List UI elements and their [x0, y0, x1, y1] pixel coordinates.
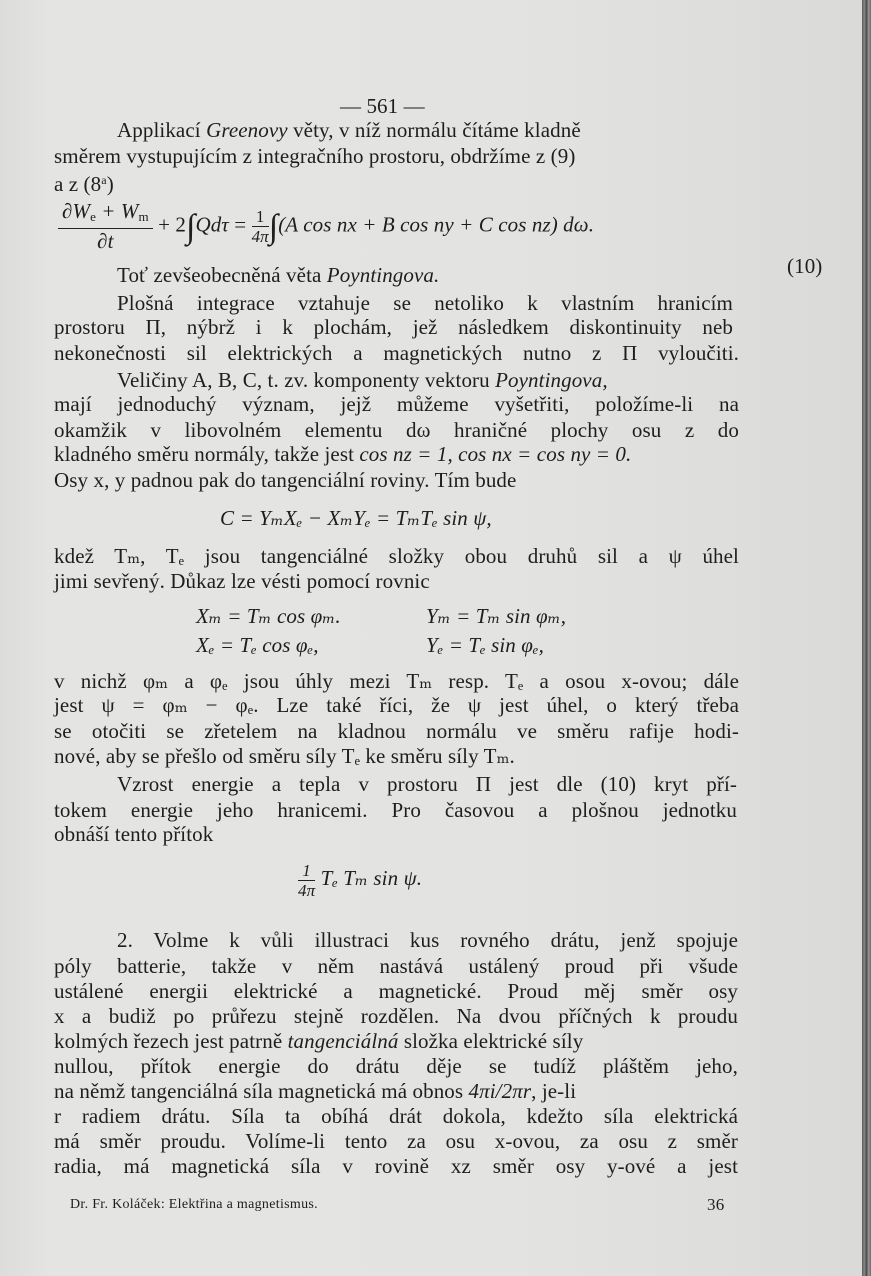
- paragraph-8-line-5: kolmých řezech jest patrně tangenciálná …: [54, 1028, 738, 1054]
- paragraph-3-line-1: Plošná integrace vztahuje se netoliko k …: [117, 290, 733, 316]
- paragraph-5-line-2: jimi sevřený. Důkaz lze vésti pomocí rov…: [54, 568, 430, 594]
- page-edge-shadow: [862, 0, 871, 1276]
- paragraph-4-line-1: Veličiny A, B, C, t. zv. komponenty vekt…: [117, 367, 608, 393]
- paragraph-6-line-4: nové, aby se přešlo od směru síly Tₑ ke …: [54, 743, 515, 769]
- paragraph-8-line-7: na němž tangenciálná síla magnetická má …: [54, 1078, 576, 1104]
- paragraph-3-line-3: nekonečnosti sil elektrických a magnetic…: [54, 340, 739, 366]
- paragraph-4-line-3: okamžik v libovolném elementu dω hraničn…: [54, 417, 739, 443]
- footer-signature-number: 36: [707, 1192, 725, 1218]
- paragraph-6-line-1: v nichž φₘ a φₑ jsou úhly mezi Tₘ resp. …: [54, 668, 739, 694]
- equation-ym: Yₘ = Tₘ sin φₘ,: [426, 603, 566, 629]
- paragraph-8-line-10: radia, má magnetická síla v rovině xz sm…: [54, 1153, 738, 1179]
- paragraph-6-line-2: jest ψ = φₘ − φₑ. Lze také říci, že ψ je…: [54, 692, 739, 718]
- equation-xe: Xₑ = Tₑ cos φₑ,: [196, 632, 319, 658]
- paragraph-8-line-1: 2. Volme k vůli illustraci kus rovného d…: [117, 927, 738, 953]
- paragraph-6-line-3: se otočiti se zřetelem na kladnou normál…: [54, 718, 739, 744]
- paragraph-1-line-1: Applikací Greenovy věty, v níž normálu č…: [117, 117, 581, 143]
- paragraph-2: Toť zevšeobecněná věta Poyntingova.: [117, 262, 439, 288]
- paragraph-8-line-4: x a budiž po průřezu stejně rozdělen. Na…: [54, 1003, 738, 1029]
- paragraph-4-line-5: Osy x, y padnou pak do tangenciální rovi…: [54, 467, 516, 493]
- paragraph-8-line-6: nullou, přítok energie do drátu děje se …: [54, 1053, 738, 1079]
- equation-10: ∂We + Wm ∂t + 2∫Qdτ = 1 4π ∫(A cos nx + …: [58, 200, 594, 253]
- paragraph-1-line-2: směrem vystupujícím z integračního prost…: [54, 143, 575, 169]
- equation-c: C = YₘXₑ − XₘYₑ = TₘTₑ sin ψ,: [220, 505, 492, 531]
- paragraph-7-line-3: obnáší tento přítok: [54, 821, 213, 847]
- paragraph-4-line-4: kladného směru normály, takže jest cos n…: [54, 441, 631, 467]
- equation-xm: Xₘ = Tₘ cos φₘ.: [196, 603, 341, 629]
- paragraph-8-line-3: ustálené energii elektrické a magnetické…: [54, 978, 738, 1004]
- paragraph-8-line-9: má směr proudu. Volíme-li tento za osu x…: [54, 1128, 738, 1154]
- equation-flux: 1 4π Tₑ Tₘ sin ψ.: [298, 858, 422, 900]
- paragraph-7-line-1: Vzrost energie a tepla v prostoru Π jest…: [117, 771, 737, 797]
- footer-author-title: Dr. Fr. Koláček: Elektřina a magnetismus…: [70, 1192, 318, 1218]
- paragraph-8-line-2: póly batterie, takže v něm nastává ustál…: [54, 953, 738, 979]
- page-number: — 561 —: [340, 93, 425, 119]
- italic-greenovy: Greenovy: [206, 118, 288, 142]
- equation-ye: Yₑ = Tₑ sin φₑ,: [426, 632, 544, 658]
- equation-10-label: (10): [787, 253, 822, 279]
- integral-sign: ∫: [269, 208, 278, 245]
- paragraph-5-line-1: kdež Tₘ, Tₑ jsou tangenciálné složky obo…: [54, 543, 739, 569]
- paragraph-8-line-8: r radiem drátu. Síla ta obíhá drát dokol…: [54, 1103, 738, 1129]
- paragraph-7-line-2: tokem energie jeho hranicemi. Pro časovo…: [54, 797, 737, 823]
- book-page: — 561 — Applikací Greenovy věty, v níž n…: [0, 0, 862, 1276]
- paragraph-3-line-2: prostoru Π, nýbrž i k plochám, jež násle…: [54, 314, 733, 340]
- paragraph-4-line-2: mají jednoduchý význam, jejž můžeme vyše…: [54, 391, 739, 417]
- equation-10-fraction: ∂We + Wm ∂t: [58, 200, 153, 253]
- paragraph-1-line-3: a z (8a): [54, 167, 114, 197]
